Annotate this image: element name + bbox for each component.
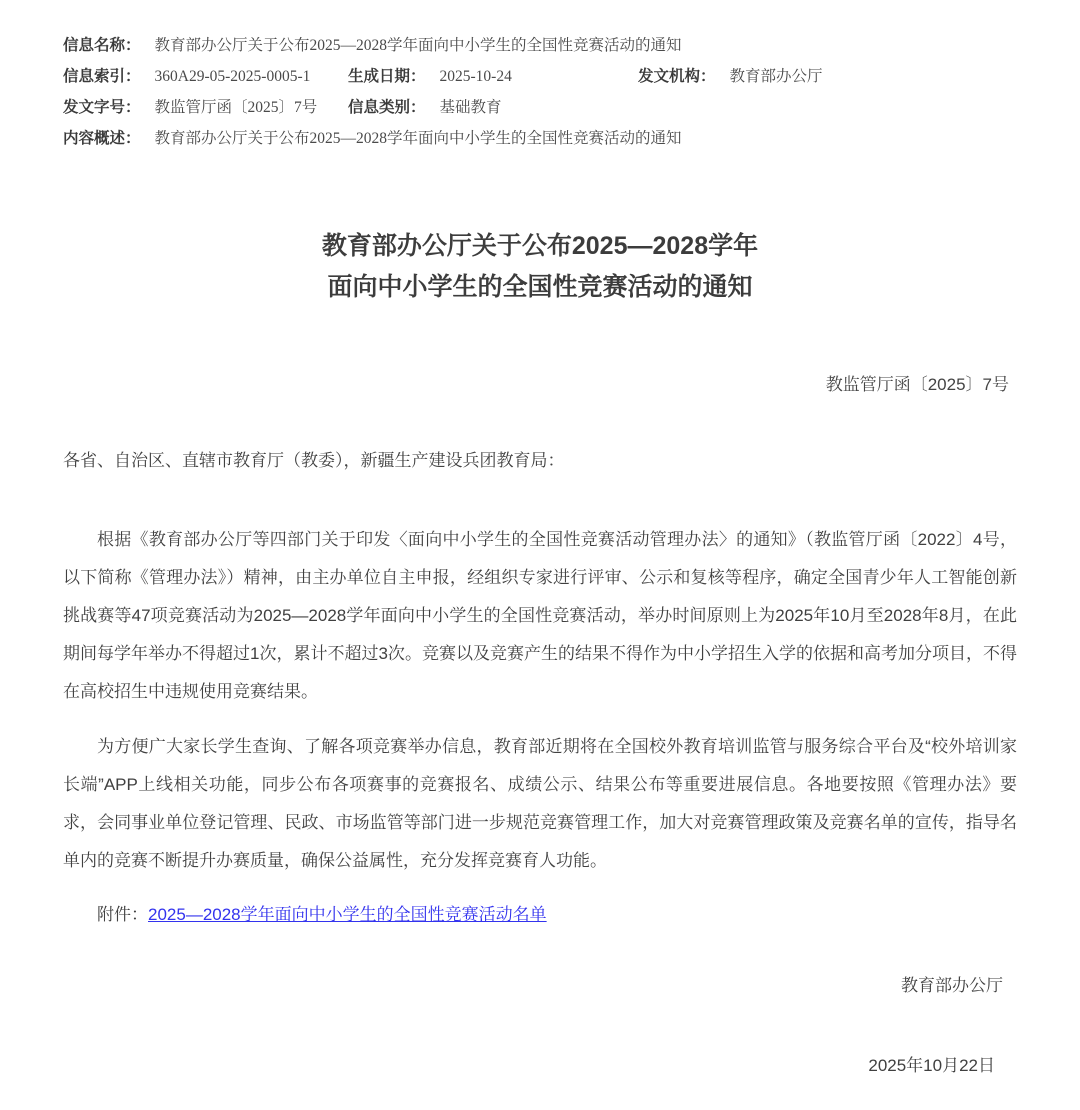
meta-row-docno-category: 发文字号： 教监管厅函〔2025〕7号 信息类别： 基础教育	[63, 92, 1017, 123]
page-title: 教育部办公厅关于公布2025—2028学年 面向中小学生的全国性竞赛活动的通知	[63, 226, 1017, 308]
info-name-label: 信息名称：	[63, 30, 141, 61]
salutation: 各省、自治区、直辖市教育厅（教委），新疆生产建设兵团教育局：	[63, 449, 1017, 473]
paragraph-1: 根据《教育部办公厅等四部门关于印发〈面向中小学生的全国性竞赛活动管理办法〉的通知…	[63, 521, 1017, 711]
gen-date-label: 生成日期：	[348, 61, 426, 92]
category-value: 基础教育	[440, 92, 502, 123]
document-meta: 信息名称： 教育部办公厅关于公布2025—2028学年面向中小学生的全国性竞赛活…	[0, 0, 1080, 154]
attachment-link[interactable]: 2025—2028学年面向中小学生的全国性竞赛活动名单	[148, 905, 547, 924]
attachment-label: 附件：	[97, 905, 148, 924]
issuing-office-signature: 教育部办公厅	[63, 974, 1017, 998]
meta-row-info-name: 信息名称： 教育部办公厅关于公布2025—2028学年面向中小学生的全国性竞赛活…	[63, 30, 1017, 61]
issuer-label: 发文机构：	[638, 61, 716, 92]
info-index-value: 360A29-05-2025-0005-1	[155, 61, 311, 92]
summary-label: 内容概述：	[63, 123, 141, 154]
meta-row-index-date-issuer: 信息索引： 360A29-05-2025-0005-1 生成日期： 2025-1…	[63, 61, 1017, 92]
doc-no-label: 发文字号：	[63, 92, 141, 123]
info-index-label: 信息索引：	[63, 61, 141, 92]
attachment-line: 附件：2025—2028学年面向中小学生的全国性竞赛活动名单	[63, 896, 1017, 934]
signature-date: 2025年10月22日	[63, 1054, 1017, 1102]
title-line-2: 面向中小学生的全国性竞赛活动的通知	[327, 273, 752, 301]
doc-no-value: 教监管厅函〔2025〕7号	[155, 92, 318, 123]
info-name-value: 教育部办公厅关于公布2025—2028学年面向中小学生的全国性竞赛活动的通知	[155, 30, 682, 61]
meta-row-summary: 内容概述： 教育部办公厅关于公布2025—2028学年面向中小学生的全国性竞赛活…	[63, 123, 1017, 154]
issuer-value: 教育部办公厅	[730, 61, 823, 92]
summary-value: 教育部办公厅关于公布2025—2028学年面向中小学生的全国性竞赛活动的通知	[155, 123, 682, 154]
document-body: 教育部办公厅关于公布2025—2028学年 面向中小学生的全国性竞赛活动的通知 …	[0, 226, 1080, 1102]
category-label: 信息类别：	[348, 92, 426, 123]
gen-date-value: 2025-10-24	[440, 61, 512, 92]
title-line-1: 教育部办公厅关于公布2025—2028学年	[322, 232, 758, 260]
document-number: 教监管厅函〔2025〕7号	[63, 373, 1017, 397]
paragraph-2: 为方便广大家长学生查询、了解各项竞赛举办信息，教育部近期将在全国校外教育培训监管…	[63, 728, 1017, 880]
